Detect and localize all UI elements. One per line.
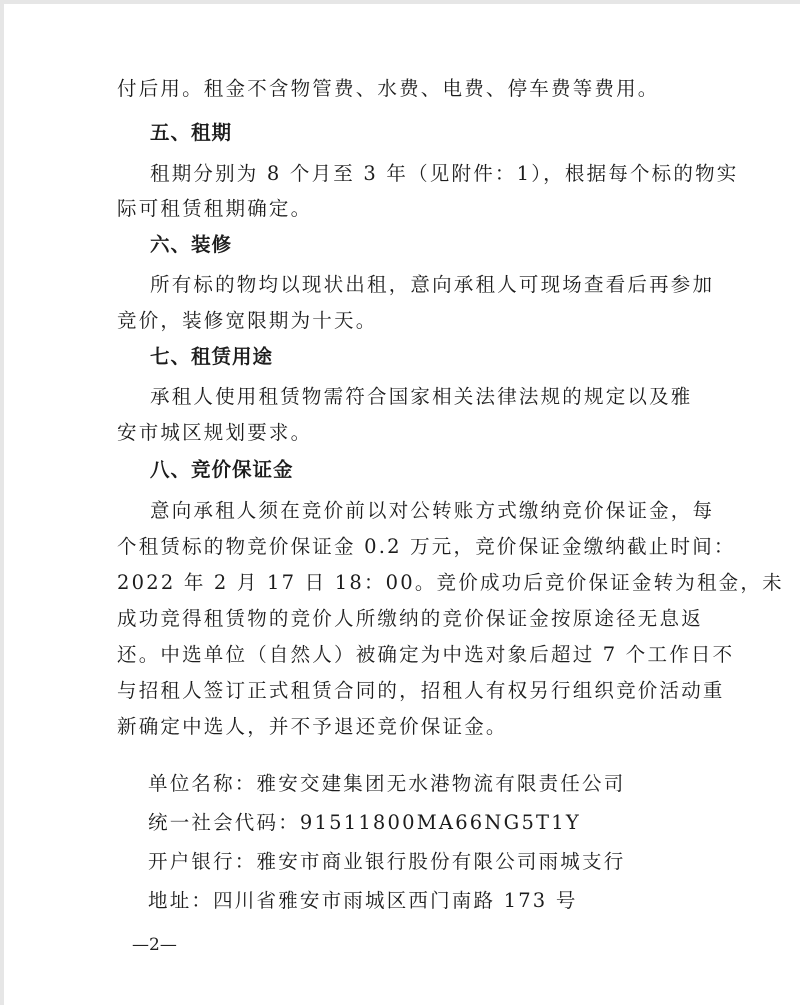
section-heading-decoration: 六、装修	[150, 232, 232, 258]
page-number: —2—	[132, 935, 177, 955]
bank-name: 开户银行：雅安市商业银行股份有限公司雨城支行	[148, 849, 625, 875]
body-line: 承租人使用租赁物需符合国家相关法律法规的规定以及雅	[150, 384, 693, 410]
body-line: 意向承租人须在竞价前以对公转账方式缴纳竞价保证金，每	[150, 498, 714, 524]
body-line: 与招租人签订正式租赁合同的，招租人有权另行组织竞价活动重	[117, 678, 725, 704]
body-line: 个租赁标的物竞价保证金 0.2 万元，竞价保证金缴纳截止时间：	[117, 534, 736, 560]
section-heading-lease-term: 五、租期	[150, 120, 232, 146]
body-line: 新确定中选人，并不予退还竞价保证金。	[117, 714, 508, 740]
body-line: 付后用。租金不含物管费、水费、电费、停车费等费用。	[117, 76, 660, 102]
body-line: 所有标的物均以现状出租，意向承租人可现场查看后再参加	[150, 272, 714, 298]
body-line: 成功竞得租赁物的竞价人所缴纳的竞价保证金按原途径无息返	[117, 606, 703, 632]
section-heading-deposit: 八、竞价保证金	[150, 457, 294, 483]
credit-code: 统一社会代码：91511800MA66NG5T1Y	[148, 810, 581, 836]
body-line: 际可租赁租期确定。	[117, 196, 312, 222]
address: 地址：四川省雅安市雨城区西门南路 173 号	[148, 888, 578, 914]
body-line: 竞价，装修宽限期为十天。	[117, 308, 377, 334]
section-heading-lease-usage: 七、租赁用途	[150, 344, 273, 370]
body-line: 安市城区规划要求。	[117, 420, 312, 446]
body-line: 2022 年 2 月 17 日 18：00。竞价成功后竞价保证金转为租金，未	[117, 570, 784, 596]
body-line: 还。中选单位（自然人）被确定为中选对象后超过 7 个工作日不	[117, 642, 734, 668]
unit-name: 单位名称：雅安交建集团无水港物流有限责任公司	[148, 771, 625, 797]
document-page: 付后用。租金不含物管费、水费、电费、停车费等费用。 五、租期 租期分别为 8 个…	[4, 4, 800, 1005]
body-line: 租期分别为 8 个月至 3 年（见附件：1），根据每个标的物实	[150, 161, 738, 187]
